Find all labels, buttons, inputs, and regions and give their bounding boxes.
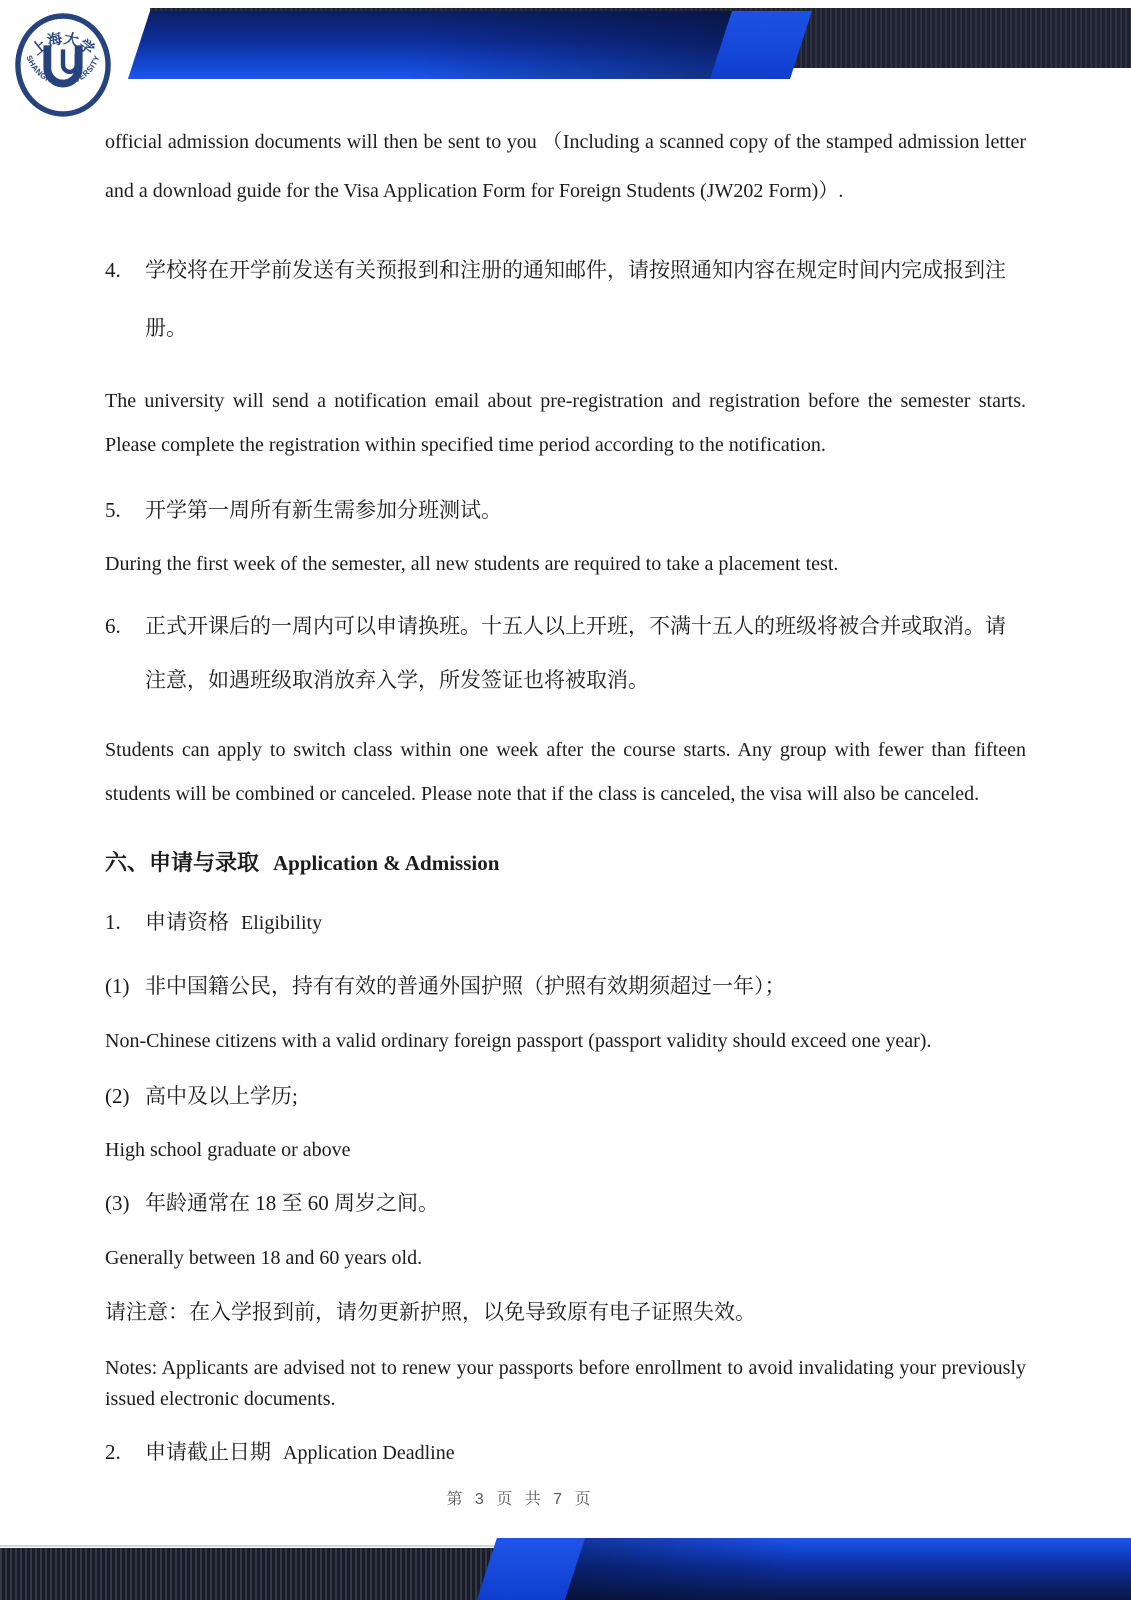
list-number: (1) [105,969,145,1005]
paragraph-placement-test-en: During the first week of the semester, a… [105,549,1026,580]
footer-blue-banner [477,1538,1131,1600]
list-text-en: Eligibility [241,912,322,934]
paragraph-switch-class-en: Students can apply to switch class withi… [105,728,1026,816]
list-text: 学校将在开学前发送有关预报到和注册的通知邮件，请按照通知内容在规定时间内完成报到… [145,258,1006,340]
footer-blue-banner-segment [477,1538,585,1600]
paragraph-admission-documents-en: official admission documents will then b… [105,118,1026,216]
list-number: 6. [105,600,145,654]
paragraph-high-school-en: High school graduate or above [105,1135,1026,1166]
header-blue-banner [128,11,812,79]
list-text: 开学第一周所有新生需参加分班测试。 [145,498,502,522]
list-number: 4. [105,242,145,300]
sub-item-3-age-zh: (3)年龄通常在 18 至 60 周岁之间。 [105,1186,1026,1222]
header-blue-banner-segment [710,11,812,79]
heading-en: Application & Admission [273,851,499,875]
paragraph-registration-notice-en: The university will send a notification … [105,379,1026,467]
paragraph-age-en: Generally between 18 and 60 years old. [105,1243,1026,1274]
page-content: official admission documents will then b… [105,118,1026,1492]
page-number: 第 3 页 共 7 页 [0,1486,1041,1509]
paragraph-note-zh: 请注意：在入学报到前，请勿更新护照，以免导致原有电子证照失效。 [105,1294,1026,1332]
list-item-1-eligibility: 1.申请资格Eligibility [105,905,1026,941]
document-page: 上海大学 SHANGHAI UNIVERSITY official admiss… [0,0,1131,1600]
sub-item-1-passport-zh: (1)非中国籍公民，持有有效的普通外国护照（护照有效期须超过一年）； [105,969,1026,1005]
list-text-zh: 申请资格 [145,910,229,934]
shanghai-university-logo: 上海大学 SHANGHAI UNIVERSITY [14,12,112,118]
list-number: 1. [105,905,145,941]
list-text-zh: 申请截止日期 [145,1440,271,1464]
footer-dark-stripe-band [0,1548,500,1600]
heading-zh: 六、申请与录取 [105,850,259,875]
sub-item-2-education-zh: (2)高中及以上学历; [105,1079,1026,1115]
list-number: (2) [105,1079,145,1115]
section-heading-application-admission: 六、申请与录取Application & Admission [105,846,1026,877]
list-item-6-zh: 6.正式开课后的一周内可以申请换班。十五人以上开班，不满十五人的班级将被合并或取… [105,600,1026,707]
list-item-4-zh: 4.学校将在开学前发送有关预报到和注册的通知邮件，请按照通知内容在规定时间内完成… [105,242,1026,358]
list-text: 非中国籍公民，持有有效的普通外国护照（护照有效期须超过一年）； [145,974,786,998]
list-text-en: Application Deadline [283,1442,455,1464]
list-number: (3) [105,1186,145,1222]
footer-divider-line [0,1545,500,1547]
list-text: 年龄通常在 18 至 60 周岁之间。 [145,1191,439,1215]
list-text: 高中及以上学历; [145,1084,298,1108]
list-item-2-deadline: 2.申请截止日期Application Deadline [105,1435,1026,1471]
university-seal-icon: 上海大学 SHANGHAI UNIVERSITY [14,12,112,118]
list-text: 正式开课后的一周内可以申请换班。十五人以上开班，不满十五人的班级将被合并或取消。… [145,614,1006,692]
list-item-5-zh: 5.开学第一周所有新生需参加分班测试。 [105,493,1026,529]
list-number: 5. [105,493,145,529]
paragraph-note-en: Notes: Applicants are advised not to ren… [105,1353,1026,1415]
list-number: 2. [105,1435,145,1471]
paragraph-passport-en: Non-Chinese citizens with a valid ordina… [105,1026,1026,1057]
